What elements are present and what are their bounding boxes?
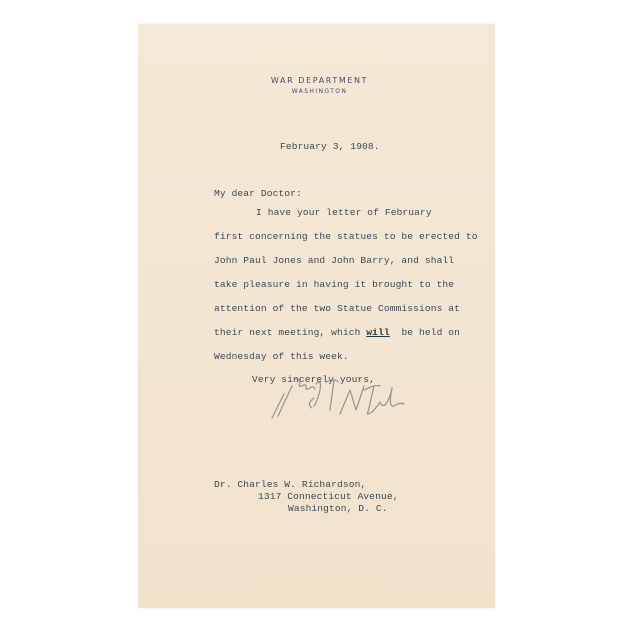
body-line-5: attention of the two Statue Commissions … [214,303,460,314]
emphasized-word: will [366,327,389,338]
body-line-2: first concerning the statues to be erect… [214,231,478,242]
body-line-7: Wednesday of this week. [214,351,349,362]
recipient-street: 1317 Connecticut Avenue, [258,491,399,502]
signature [264,372,414,420]
letterhead-department: WAR DEPARTMENT [141,76,498,85]
body-line-3: John Paul Jones and John Barry, and shal… [214,255,454,266]
recipient-name: Dr. Charles W. Richardson, [214,479,366,490]
letter-page: WAR DEPARTMENT WASHINGTON February 3, 19… [138,24,495,608]
salutation: My dear Doctor: [214,188,302,199]
body-line-6: their next meeting, which will be held o… [214,327,460,338]
body-line-1: I have your letter of February [256,207,432,218]
letter-date: February 3, 1908. [280,141,380,152]
body-line-4: take pleasure in having it brought to th… [214,279,454,290]
letterhead-city: WASHINGTON [141,88,498,95]
body-line-6-end: be held on [401,327,460,338]
recipient-city: Washington, D. C. [288,503,388,514]
body-line-6-start: their next meeting, which [214,327,360,338]
